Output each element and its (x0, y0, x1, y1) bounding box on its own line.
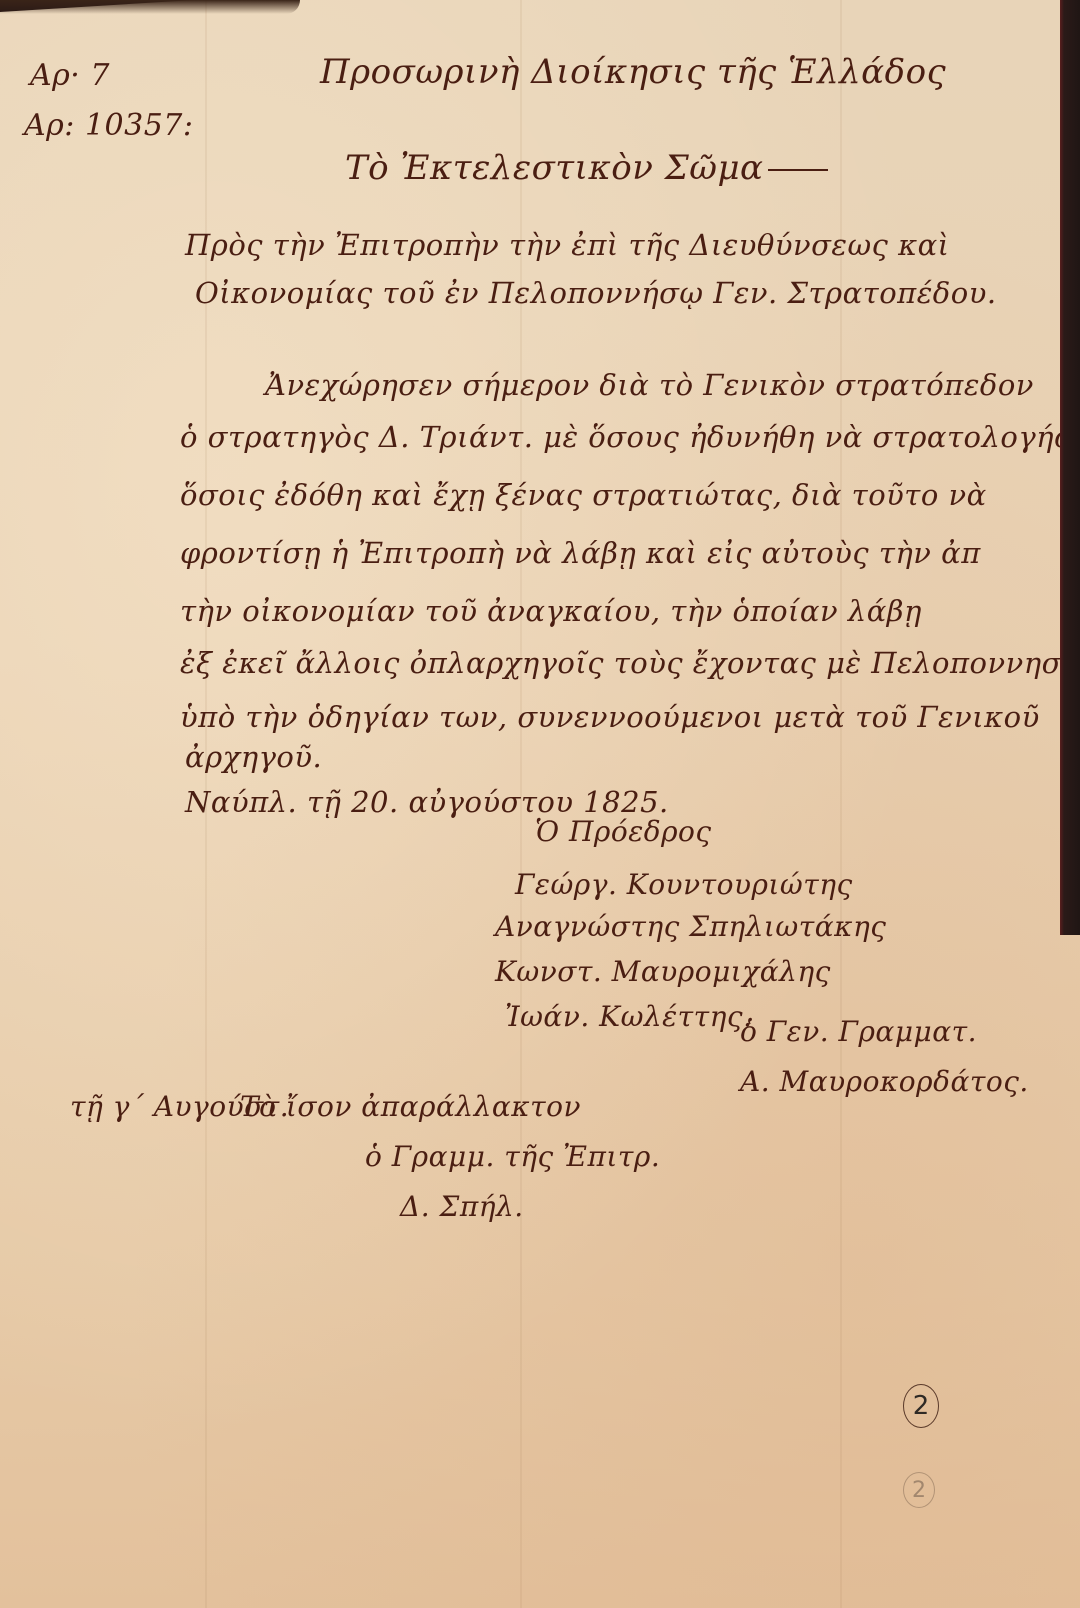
body-line: ὅσοις ἐδόθη καὶ ἔχῃ ξένας στρατιώτας, δι… (180, 478, 987, 512)
footnote-line: Τὸ ἴσον ἀπαράλλακτον (240, 1090, 581, 1123)
binding-background-strip (1060, 0, 1080, 935)
signature-name: Αναγνώστης Σπηλιωτάκης (495, 910, 886, 943)
page-edge-shadow (0, 0, 300, 14)
dateline: Ναύπλ. τῇ 20. αὐγούστου 1825. (185, 785, 669, 819)
header-title: Προσωρινὴ Διοίκησις τῆς Ἑλλάδος (320, 52, 946, 92)
body-line: τὴν οἰκονομίαν τοῦ ἀναγκαίου, τὴν ὁποίαν… (180, 594, 922, 628)
body-line: ἐξ ἐκεῖ ἄλλοις ὀπλαρχηγοῖς τοὺς ἔχοντας … (180, 646, 1080, 680)
header-subtitle: Τὸ Ἐκτελεστικὸν Σῶμα (345, 148, 828, 188)
page-number-circled: 2 (903, 1384, 939, 1428)
page-number-circled-faint: 2 (903, 1472, 935, 1508)
reference-line-1: Αρ· 7 (30, 58, 110, 93)
underline-flourish (768, 169, 828, 171)
body-line: φροντίσῃ ἡ Ἐπιτροπὴ νὰ λάβῃ καὶ εἰς αὐτο… (180, 536, 981, 570)
addressee-line-1: Πρὸς τὴν Ἐπιτροπὴν τὴν ἐπὶ τῆς Διευθύνσε… (185, 228, 950, 262)
signature-name: Κωνστ. Μαυρομιχάλης (495, 955, 831, 988)
body-line: ὑπὸ τὴν ὁδηγίαν των, συνεννοούμενοι μετὰ… (180, 700, 1040, 734)
signature-name: Γεώργ. Κουντουριώτης (515, 868, 853, 901)
secretary-signature: Α. Μαυροκορδάτος. (740, 1065, 1029, 1098)
footnote-line: ὁ Γραμμ. τῆς Ἐπιτρ. (365, 1140, 660, 1173)
body-line: Ἀνεχώρησεν σήμερον διὰ τὸ Γενικὸν στρατό… (265, 368, 1034, 402)
addressee-line-2: Οἰκονομίας τοῦ ἐν Πελοποννήσῳ Γεν. Στρατ… (195, 276, 997, 310)
reference-number: Αρ: 10357: (24, 108, 194, 143)
body-line: ὁ στρατηγὸς Δ. Τριάντ. μὲ ὅσους ἠδυνήθη … (180, 420, 1080, 454)
secretary-title: ὁ Γεν. Γραμματ. (740, 1015, 977, 1048)
manuscript-page: Αρ· 7 Αρ: 10357: Προσωρινὴ Διοίκησις τῆς… (0, 0, 1080, 1608)
signature-name: Ἰωάν. Κωλέττης. (505, 1000, 753, 1033)
body-line: ἀρχηγοῦ. (185, 740, 322, 774)
footnote-line: Δ. Σπήλ. (400, 1190, 524, 1223)
signature-title: Ὁ Πρόεδρος (535, 815, 712, 848)
